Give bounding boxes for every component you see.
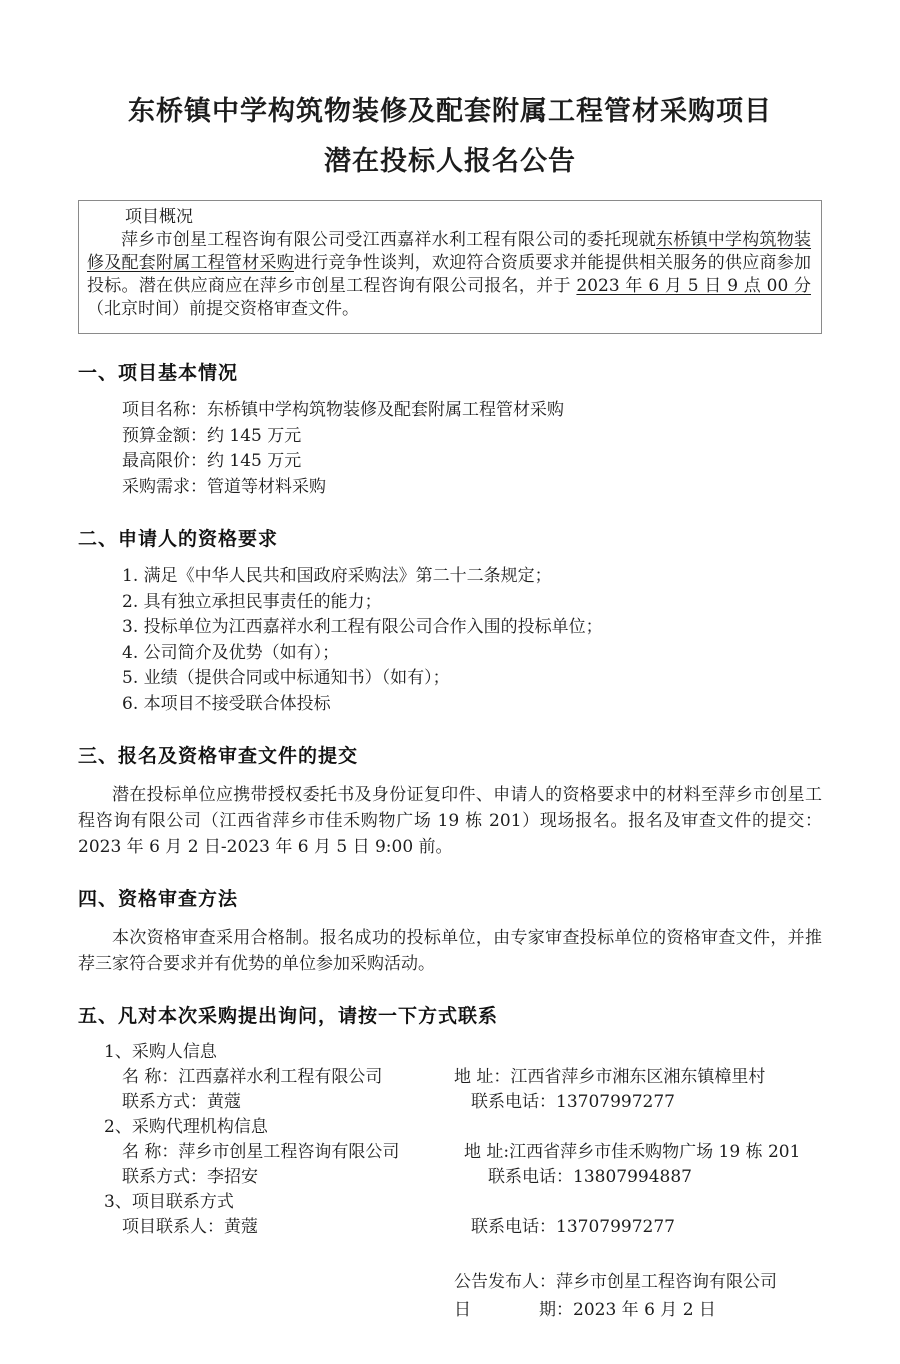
announcement-date: 日 期：2023 年 6 月 2 日 <box>454 1296 822 1324</box>
overview-paragraph: 萍乡市创星工程咨询有限公司受江西嘉祥水利工程有限公司的委托现就东桥镇中学构筑物装… <box>87 229 811 321</box>
purchaser-address: 地 址：江西省萍乡市湘东区湘东镇樟里村 <box>454 1065 822 1090</box>
contact-row: 名 称：江西嘉祥水利工程有限公司 地 址：江西省萍乡市湘东区湘东镇樟里村 <box>122 1065 822 1090</box>
project-overview-box: 项目概况 萍乡市创星工程咨询有限公司受江西嘉祥水利工程有限公司的委托现就东桥镇中… <box>78 200 822 334</box>
qualification-item-3: 3. 投标单位为江西嘉祥水利工程有限公司合作入围的投标单位； <box>122 615 822 641</box>
purchaser-name: 名 称：江西嘉祥水利工程有限公司 <box>122 1065 454 1090</box>
section-5-heading: 五、凡对本次采购提出询问，请按一下方式联系 <box>78 1001 822 1028</box>
announcement-document: 东桥镇中学构筑物装修及配套附属工程管材采购项目 潜在投标人报名公告 项目概况 萍… <box>0 0 900 1364</box>
project-name-item: 项目名称：东桥镇中学构筑物装修及配套附属工程管材采购 <box>122 398 822 424</box>
max-price-item: 最高限价：约 145 万元 <box>122 449 822 475</box>
purchaser-phone: 联系电话：13707997277 <box>454 1090 822 1115</box>
qualification-item-6: 6. 本项目不接受联合体投标 <box>122 692 822 718</box>
agency-contact-person: 联系方式：李招安 <box>122 1165 454 1190</box>
section-3-heading: 三、报名及资格审查文件的提交 <box>78 741 822 768</box>
section-3-paragraph: 潜在投标单位应携带授权委托书及身份证复印件、申请人的资格要求中的材料至萍乡市创星… <box>78 782 822 860</box>
qualification-item-4: 4. 公司简介及优势（如有）； <box>122 641 822 667</box>
procurement-need-item: 采购需求：管道等材料采购 <box>122 475 822 501</box>
purchaser-contact-person: 联系方式：黄蔻 <box>122 1090 454 1115</box>
section-4-heading: 四、资格审查方法 <box>78 884 822 911</box>
project-contact-phone: 联系电话：13707997277 <box>454 1215 822 1240</box>
project-contact-label: 3、项目联系方式 <box>104 1190 822 1215</box>
section-2-heading: 二、申请人的资格要求 <box>78 524 822 551</box>
announcement-footer: 公告发布人：萍乡市创星工程咨询有限公司 日 期：2023 年 6 月 2 日 <box>454 1268 822 1324</box>
agency-address: 地 址:江西省萍乡市佳禾购物广场 19 栋 201 <box>454 1140 822 1165</box>
qualification-item-2: 2. 具有独立承担民事责任的能力； <box>122 590 822 616</box>
agency-phone: 联系电话：13807994887 <box>454 1165 822 1190</box>
overview-segment-underlined-deadline: 2023 年 6 月 5 日 9 点 00 分 <box>576 276 811 296</box>
contact-row: 联系方式：黄蔻 联系电话：13707997277 <box>122 1090 822 1115</box>
qualification-item-1: 1. 满足《中华人民共和国政府采购法》第二十二条规定； <box>122 564 822 590</box>
contact-row: 联系方式：李招安 联系电话：13807994887 <box>122 1165 822 1190</box>
announcement-publisher: 公告发布人：萍乡市创星工程咨询有限公司 <box>454 1268 822 1296</box>
section-2-item-list: 1. 满足《中华人民共和国政府采购法》第二十二条规定； 2. 具有独立承担民事责… <box>122 564 822 717</box>
budget-amount-item: 预算金额：约 145 万元 <box>122 424 822 450</box>
agency-info-label: 2、采购代理机构信息 <box>104 1115 822 1140</box>
contact-row: 名 称：萍乡市创星工程咨询有限公司 地 址:江西省萍乡市佳禾购物广场 19 栋 … <box>122 1140 822 1165</box>
overview-segment: （北京时间）前提交资格审查文件。 <box>87 299 359 319</box>
section-4-paragraph: 本次资格审查采用合格制。报名成功的投标单位，由专家审查投标单位的资格审查文件，并… <box>78 925 822 977</box>
overview-segment: 萍乡市创星工程咨询有限公司受江西嘉祥水利工程有限公司的委托现就 <box>121 230 656 250</box>
contact-block: 1、采购人信息 名 称：江西嘉祥水利工程有限公司 地 址：江西省萍乡市湘东区湘东… <box>78 1040 822 1240</box>
document-title-line1: 东桥镇中学构筑物装修及配套附属工程管材采购项目 <box>78 92 822 132</box>
agency-name: 名 称：萍乡市创星工程咨询有限公司 <box>122 1140 454 1165</box>
section-1-item-list: 项目名称：东桥镇中学构筑物装修及配套附属工程管材采购 预算金额：约 145 万元… <box>122 398 822 500</box>
project-contact-person: 项目联系人：黄蔻 <box>122 1215 454 1240</box>
overview-heading: 项目概况 <box>87 206 811 229</box>
qualification-item-5: 5. 业绩（提供合同或中标通知书）（如有）； <box>122 666 822 692</box>
purchaser-info-label: 1、采购人信息 <box>104 1040 822 1065</box>
document-title-line2: 潜在投标人报名公告 <box>78 142 822 182</box>
contact-row: 项目联系人：黄蔻 联系电话：13707997277 <box>122 1215 822 1240</box>
section-1-heading: 一、项目基本情况 <box>78 358 822 385</box>
